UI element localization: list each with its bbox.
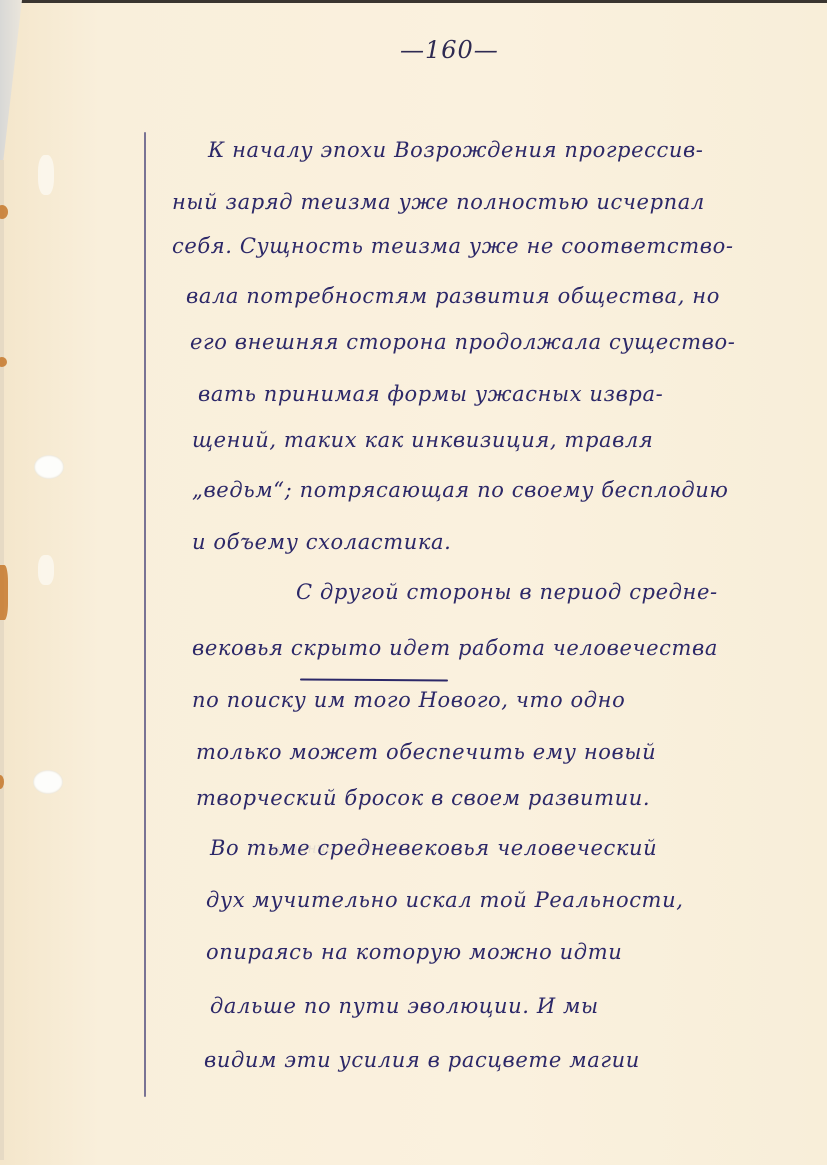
text-line: только может обеспечить ему новый: [196, 740, 656, 764]
rust-stain: [0, 205, 8, 219]
text-line: вековья скрыто идет работа человечества: [192, 636, 718, 660]
manuscript-page: —160— …влияние … магия … К началу эпохи …: [0, 0, 827, 1165]
rust-stain: [0, 565, 8, 620]
text-line: видим эти усилия в расцвете магии: [204, 1048, 640, 1072]
punch-hole: [34, 455, 64, 479]
text-line: ный заряд теизма уже полностью исчерпал: [172, 190, 705, 214]
text-line: К началу эпохи Возрождения прогрессив-: [208, 138, 703, 162]
text-line: Во тьме средневековья человеческий: [210, 836, 657, 860]
text-line: творческий бросок в своем развитии.: [196, 786, 650, 810]
folded-corner: [0, 0, 22, 170]
text-line: вать принимая формы ужасных извра-: [198, 382, 663, 406]
text-line: дальше по пути эволюции. И мы: [210, 994, 599, 1018]
page-left-edge: [0, 160, 4, 1160]
underline-mark: [300, 678, 448, 681]
text-line: опираясь на которую можно идти: [206, 940, 622, 964]
punch-hole: [33, 770, 63, 794]
text-line: и объему схоластика.: [192, 530, 451, 554]
paper-crease: [38, 555, 54, 585]
rust-stain: [0, 357, 7, 367]
text-line: вала потребностям развития общества, но: [186, 284, 720, 308]
text-line: его внешняя сторона продолжала существо-: [190, 330, 735, 354]
text-line: себя. Сущность теизма уже не соответство…: [172, 234, 734, 258]
text-line: С другой стороны в период средне-: [296, 580, 718, 604]
text-line: щений, таких как инквизиция, травля: [192, 428, 653, 452]
paper-crease: [38, 155, 54, 195]
page-top-edge: [0, 0, 827, 3]
text-line: по поиску им того Нового, что одно: [192, 688, 625, 712]
margin-bracket-line: [144, 132, 146, 1097]
text-line: „ведьм“; потрясающая по своему бесплодию: [192, 478, 729, 502]
page-number: —160—: [400, 36, 499, 64]
text-line: дух мучительно искал той Реальности,: [206, 888, 683, 912]
